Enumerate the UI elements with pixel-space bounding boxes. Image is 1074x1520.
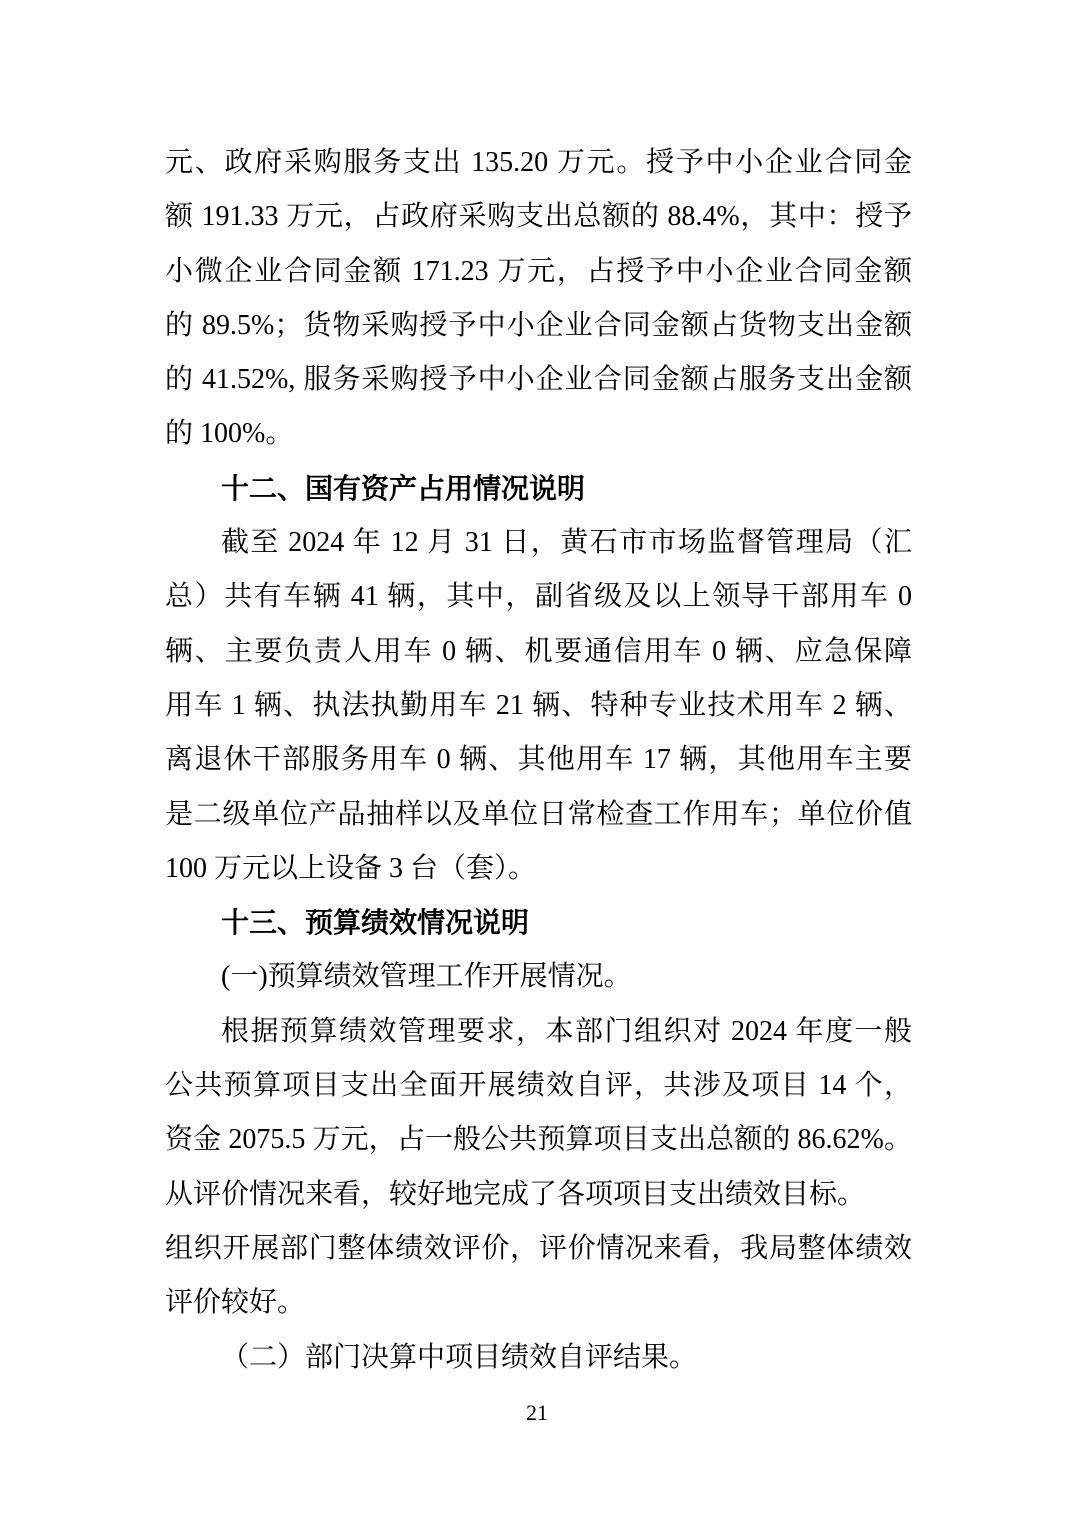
- text-line: 的 89.5%；货物采购授予中小企业合同金额占货物支出金额: [165, 299, 912, 353]
- text-line: 辆、主要负责人用车 0 辆、机要通信用车 0 辆、应急保障: [165, 625, 912, 679]
- text-line: 额 191.33 万元，占政府采购支出总额的 88.4%，其中：授予: [165, 190, 912, 244]
- text-line: 100 万元以上设备 3 台（套）。: [165, 842, 912, 896]
- text-line: 评价较好。: [165, 1276, 912, 1330]
- text-line: 公共预算项目支出全面开展绩效自评，共涉及项目 14 个，: [165, 1059, 912, 1113]
- text-line: 截至 2024 年 12 月 31 日，黄石市市场监督管理局（汇: [165, 516, 912, 570]
- text-line: 从评价情况来看，较好地完成了各项项目支出绩效目标。: [165, 1168, 912, 1222]
- document-body: 元、政府采购服务支出 135.20 万元。授予中小企业合同金额 191.33 万…: [165, 136, 912, 1385]
- text-line: 资金 2075.5 万元，占一般公共预算项目支出总额的 86.62%。: [165, 1113, 912, 1167]
- text-line: 离退休干部服务用车 0 辆、其他用车 17 辆，其他用车主要: [165, 733, 912, 787]
- text-line: 根据预算绩效管理要求，本部门组织对 2024 年度一般: [165, 1005, 912, 1059]
- section-heading: 十二、国有资产占用情况说明: [165, 462, 912, 516]
- text-line: （二）部门决算中项目绩效自评结果。: [165, 1331, 912, 1385]
- text-line: 组织开展部门整体绩效评价，评价情况来看，我局整体绩效: [165, 1222, 912, 1276]
- text-line: 是二级单位产品抽样以及单位日常检查工作用车；单位价值: [165, 788, 912, 842]
- text-line: 的 100%。: [165, 407, 912, 461]
- text-line: 总）共有车辆 41 辆，其中，副省级及以上领导干部用车 0: [165, 570, 912, 624]
- text-line: 元、政府采购服务支出 135.20 万元。授予中小企业合同金: [165, 136, 912, 190]
- document-page: 元、政府采购服务支出 135.20 万元。授予中小企业合同金额 191.33 万…: [0, 0, 1074, 1520]
- section-heading: 十三、预算绩效情况说明: [165, 896, 912, 950]
- text-line: 小微企业合同金额 171.23 万元，占授予中小企业合同金额: [165, 245, 912, 299]
- text-line: 用车 1 辆、执法执勤用车 21 辆、特种专业技术用车 2 辆、: [165, 679, 912, 733]
- text-line: (一)预算绩效管理工作开展情况。: [165, 950, 912, 1004]
- text-line: 的 41.52%, 服务采购授予中小企业合同金额占服务支出金额: [165, 353, 912, 407]
- page-number: 21: [0, 1400, 1074, 1426]
